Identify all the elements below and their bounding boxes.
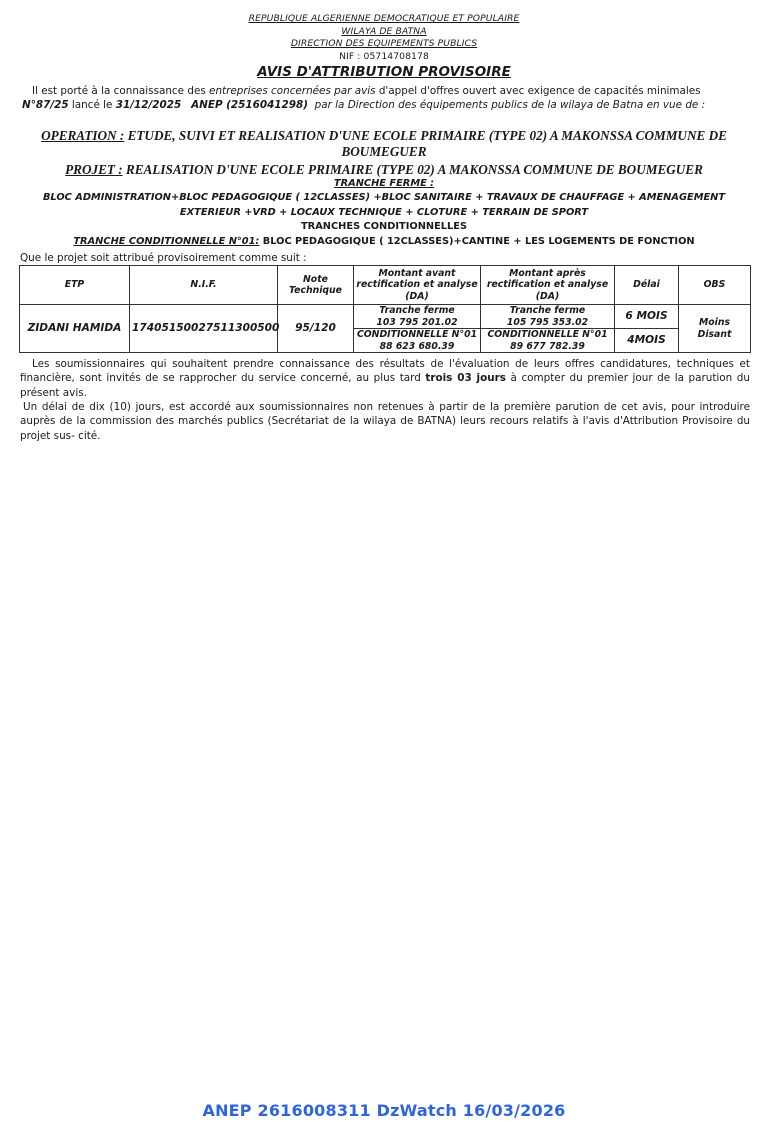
cell-montant-avant-cond: CONDITIONNELLE N°0188 623 680.39 <box>354 329 481 353</box>
montant-apres-ferme-value: 105 795 353.02 <box>483 317 612 329</box>
cell-delai-ferme: 6 MOIS <box>615 305 679 329</box>
montant-apres-ferme-label: Tranche ferme <box>483 305 612 317</box>
header-obs: OBS <box>679 266 751 305</box>
issuer-header: REPUBLIQUE ALGERIENNE DEMOCRATIQUE ET PO… <box>0 13 768 63</box>
montant-avant-ferme-value: 103 795 201.02 <box>356 317 478 329</box>
header-montant-avant: Montant avant rectification et analyse (… <box>354 266 481 305</box>
projet-text: REALISATION D'UNE ECOLE PRIMAIRE (TYPE 0… <box>123 162 703 177</box>
intro-text-4: par la Direction des équipements publics… <box>311 99 705 111</box>
cell-delai-cond: 4MOIS <box>615 329 679 353</box>
montant-avant-ferme-label: Tranche ferme <box>356 305 478 317</box>
notice-title: AVIS D'ATTRIBUTION PROVISOIRE <box>0 64 768 80</box>
projet-label: PROJET : <box>65 162 123 177</box>
intro-paragraph: Il est porté à la connaissance des entre… <box>22 84 748 113</box>
header-wilaya: WILAYA DE BATNA <box>0 26 768 39</box>
header-note: Note Technique <box>278 266 354 305</box>
cell-obs: Moins Disant <box>679 305 751 353</box>
montant-apres-cond-value: 89 677 782.39 <box>483 341 612 353</box>
tranche-ferme-description: BLOC ADMINISTRATION+BLOC PEDAGOGIQUE ( 1… <box>25 191 743 220</box>
cell-etp: ZIDANI HAMIDA <box>20 305 130 353</box>
projet-line: PROJET : REALISATION D'UNE ECOLE PRIMAIR… <box>18 162 750 178</box>
footer-reference: ANEP 2616008311 DzWatch 16/03/2026 <box>0 1101 768 1120</box>
cell-montant-apres-cond: CONDITIONNELLE N°0189 677 782.39 <box>481 329 615 353</box>
operation-label: OPERATION : <box>41 128 124 143</box>
intro-text-3: lancé le <box>69 99 116 111</box>
anep-reference: ANEP (2516041298) <box>191 99 308 111</box>
header-etp: ETP <box>20 266 130 305</box>
tranche-conditionnelle-label: TRANCHE CONDITIONNELLE N°01: <box>73 236 259 247</box>
award-table: ETP N.I.F. Note Technique Montant avant … <box>19 265 751 353</box>
header-delai: Délai <box>615 266 679 305</box>
header-republic: REPUBLIQUE ALGERIENNE DEMOCRATIQUE ET PO… <box>0 13 768 26</box>
header-montant-apres: Montant après rectification et analyse (… <box>481 266 615 305</box>
montant-avant-cond-label: CONDITIONNELLE N°01 <box>356 329 478 341</box>
cell-nif: 17405150027511300500 <box>130 305 278 353</box>
tranche-ferme-label: TRANCHE FERME : <box>0 178 768 189</box>
cell-montant-apres-ferme: Tranche ferme105 795 353.02 <box>481 305 615 329</box>
montant-avant-cond-value: 88 623 680.39 <box>356 341 478 353</box>
intro-text-1: Il est porté à la connaissance des <box>32 85 209 97</box>
operation-line: OPERATION : ETUDE, SUIVI ET REALISATION … <box>18 128 750 160</box>
table-header-row: ETP N.I.F. Note Technique Montant avant … <box>20 266 751 305</box>
header-nif: NIF : 05714708178 <box>0 51 768 64</box>
attribution-intro: Que le projet soit attribué provisoireme… <box>20 252 307 264</box>
header-nif: N.I.F. <box>130 266 278 305</box>
tender-number: N°87/25 <box>22 99 69 111</box>
montant-apres-cond-label: CONDITIONNELLE N°01 <box>483 329 612 341</box>
tender-date: 31/12/2025 <box>116 99 181 111</box>
results-paragraph: Les soumissionnaires qui souhaitent pren… <box>20 357 750 400</box>
document-page: REPUBLIQUE ALGERIENNE DEMOCRATIQUE ET PO… <box>0 0 768 1138</box>
intro-text-2: d'appel d'offres ouvert avec exigence de… <box>376 85 701 97</box>
tranches-conditionnelles-label: TRANCHES CONDITIONNELLES <box>0 221 768 232</box>
appeal-paragraph: Un délai de dix (10) jours, est accordé … <box>20 400 750 443</box>
header-direction: DIRECTION DES EQUIPEMENTS PUBLICS <box>0 38 768 51</box>
cell-montant-avant-ferme: Tranche ferme103 795 201.02 <box>354 305 481 329</box>
tranche-conditionnelle-line: TRANCHE CONDITIONNELLE N°01: BLOC PEDAGO… <box>0 236 768 247</box>
table-row: ZIDANI HAMIDA 17405150027511300500 95/12… <box>20 305 751 329</box>
cell-note: 95/120 <box>278 305 354 353</box>
results-deadline: trois 03 jours <box>425 372 506 384</box>
intro-text-italic: entreprises concernées par avis <box>209 85 375 97</box>
tranche-conditionnelle-text: BLOC PEDAGOGIQUE ( 12CLASSES)+CANTINE + … <box>259 236 694 247</box>
operation-text: ETUDE, SUIVI ET REALISATION D'UNE ECOLE … <box>124 128 727 159</box>
